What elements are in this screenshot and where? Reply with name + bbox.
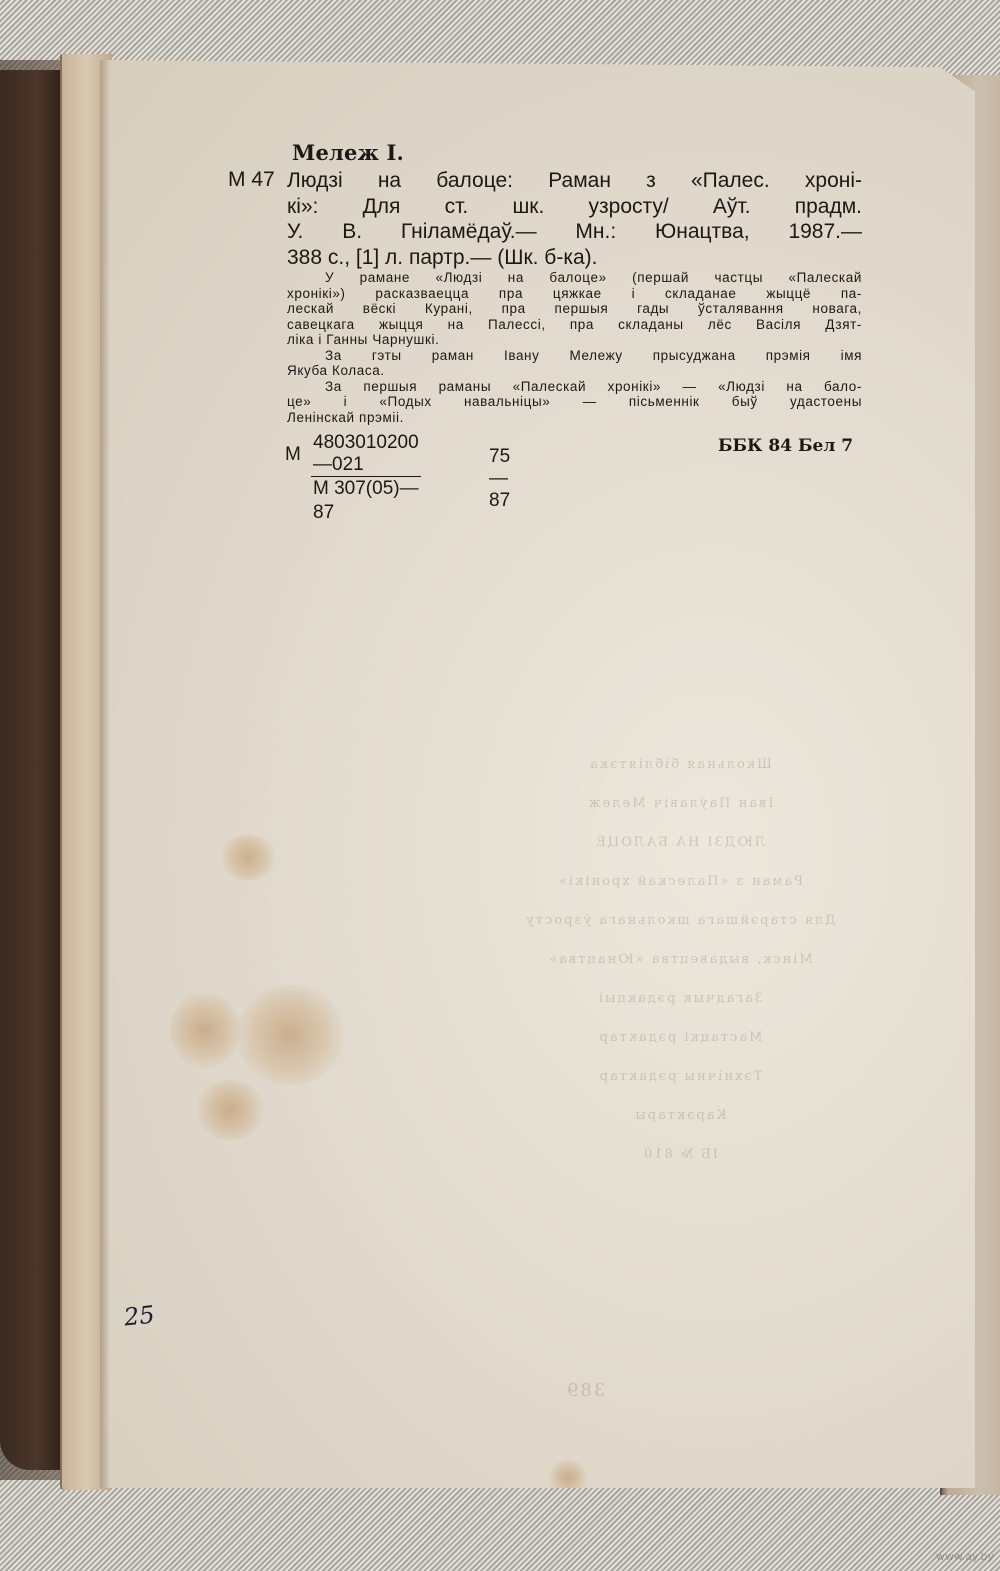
handwritten-note: 25 bbox=[123, 1300, 156, 1331]
bleed-through-text: Школьная бібліятэка Іван Паўлавіч Мележ … bbox=[420, 745, 940, 1174]
stain-left bbox=[170, 990, 240, 1070]
stain-lower bbox=[195, 1080, 265, 1140]
stain-spot bbox=[218, 835, 278, 880]
annotation-paragraph: У рамане «Людзі на балоце» (першай частц… bbox=[287, 270, 862, 348]
entry-line: Людзі на балоце: Раман з «Палес. хроні- bbox=[287, 168, 862, 194]
isbn-fraction: 4803010200—021 М 307(05)—87 bbox=[311, 432, 421, 525]
watermark: www.ay.by bbox=[936, 1550, 994, 1563]
stain-large bbox=[235, 985, 345, 1085]
call-number: М 47 bbox=[228, 168, 275, 192]
isbn-prefix: М bbox=[285, 444, 301, 466]
entry-line: кі»: Для ст. шк. узросту/ Аўт. прадм. bbox=[287, 194, 862, 220]
entry-line: 388 с., [1] л. партр.— (Шк. б-ка). bbox=[287, 245, 862, 271]
entry-line: У. В. Гніламёдаў.— Мн.: Юнацтва, 1987.— bbox=[287, 219, 862, 245]
bbk-classification: ББК 84 Бел 7 bbox=[718, 436, 853, 456]
annotation-paragraph: За гэты раман Івану Мележу прысуджана пр… bbox=[287, 348, 862, 379]
bibliographic-entry: Людзі на балоце: Раман з «Палес. хроні- … bbox=[287, 168, 862, 270]
author-heading: Мележ І. bbox=[292, 140, 404, 165]
bleed-through-page-number: 389 bbox=[565, 1380, 605, 1401]
isbn-numerator: 4803010200—021 bbox=[311, 432, 421, 477]
book-photo: Школьная бібліятэка Іван Паўлавіч Мележ … bbox=[0, 0, 1000, 1571]
isbn-denominator: М 307(05)—87 bbox=[311, 477, 421, 525]
isbn-suffix: 75—87 bbox=[489, 446, 510, 512]
annotation: У рамане «Людзі на балоце» (першай частц… bbox=[287, 270, 862, 425]
annotation-paragraph: За першыя раманы «Палескай хронікі» — «Л… bbox=[287, 379, 862, 426]
stain-bottom bbox=[548, 1460, 588, 1495]
